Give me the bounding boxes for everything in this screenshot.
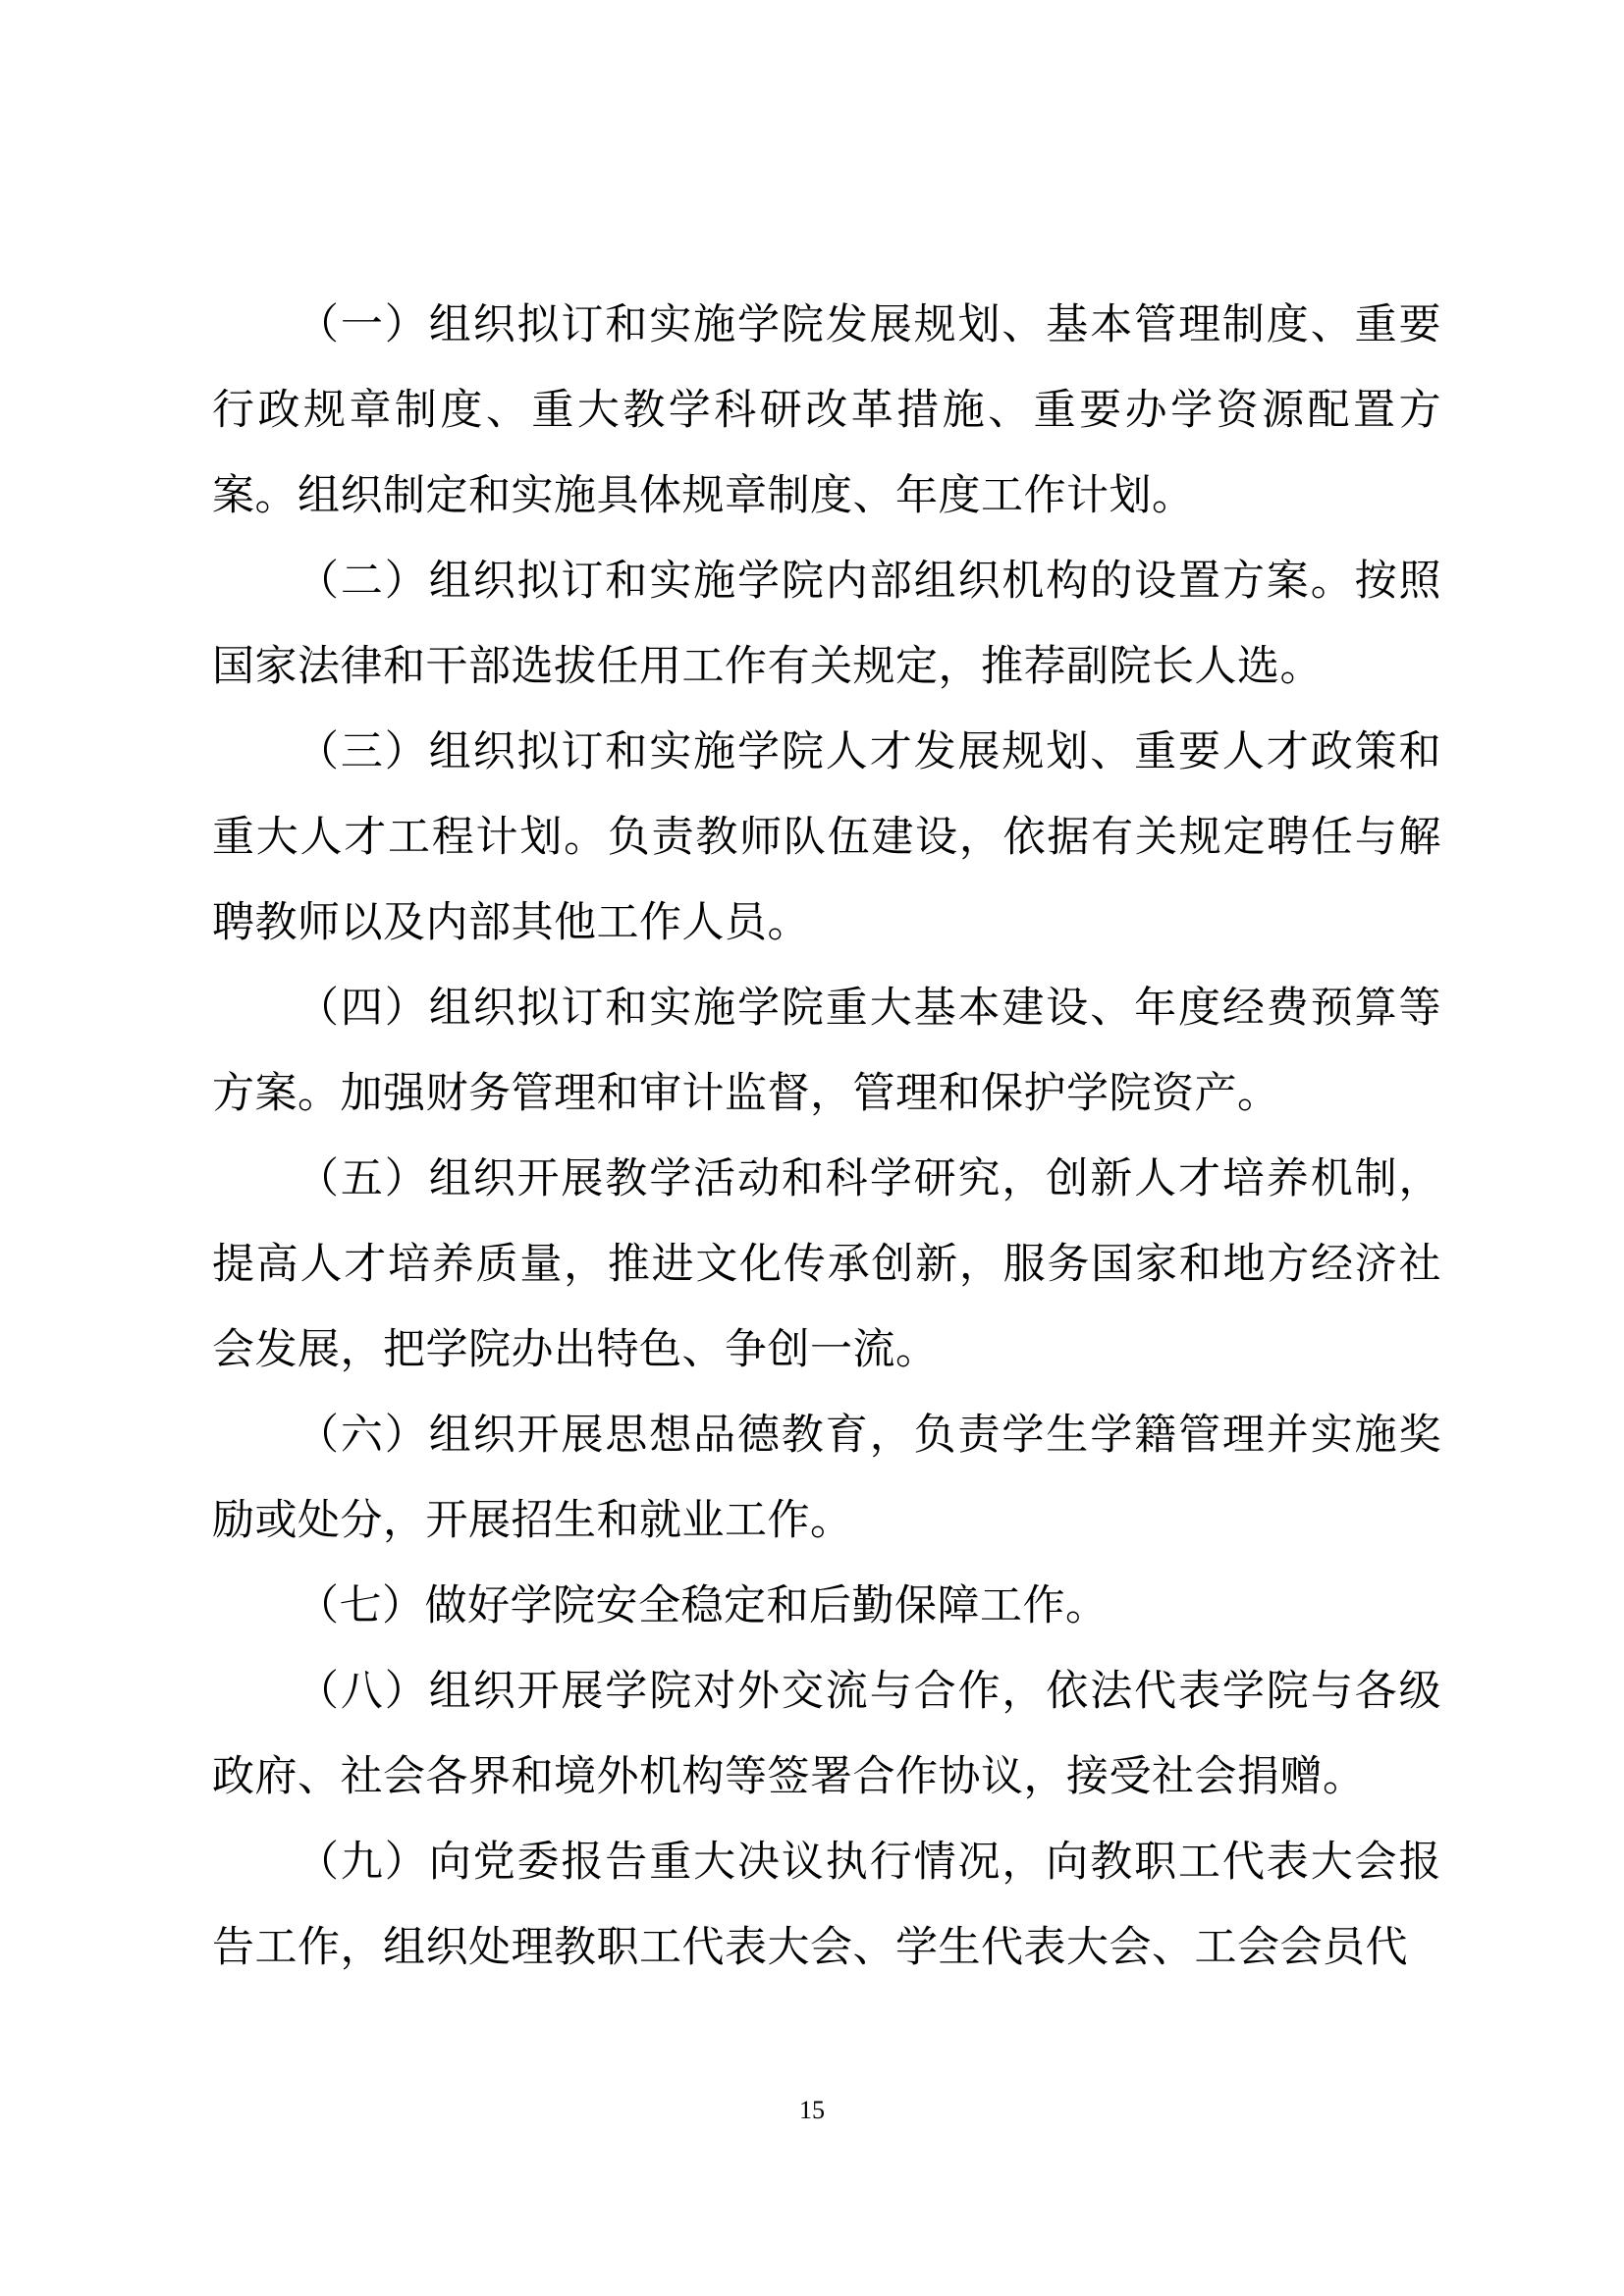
paragraph-6: （六）组织开展思想品德教育，负责学生学籍管理并实施奖励或处分，开展招生和就业工作… [212,1393,1441,1564]
page-number: 15 [799,2096,825,2124]
paragraph-7: （七）做好学院安全稳定和后勤保障工作。 [212,1564,1441,1649]
paragraph-1: （一）组织拟订和实施学院发展规划、基本管理制度、重要行政规章制度、重大教学科研改… [212,283,1441,539]
paragraph-8: （八）组织开展学院对外交流与合作，依法代表学院与各级政府、社会各界和境外机构等签… [212,1649,1441,1820]
document-page: （一）组织拟订和实施学院发展规划、基本管理制度、重要行政规章制度、重大教学科研改… [0,0,1624,2296]
paragraph-5: （五）组织开展教学活动和科学研究，创新人才培养机制，提高人才培养质量，推进文化传… [212,1137,1441,1393]
paragraph-4: （四）组织拟订和实施学院重大基本建设、年度经费预算等方案。加强财务管理和审计监督… [212,966,1441,1137]
paragraph-9: （九）向党委报告重大决议执行情况，向教职工代表大会报告工作，组织处理教职工代表大… [212,1820,1441,1991]
page-footer: 15 [0,2093,1624,2128]
paragraph-3: （三）组织拟订和实施学院人才发展规划、重要人才政策和重大人才工程计划。负责教师队… [212,710,1441,966]
paragraph-2: （二）组织拟订和实施学院内部组织机构的设置方案。按照国家法律和干部选拔任用工作有… [212,539,1441,710]
document-body: （一）组织拟订和实施学院发展规划、基本管理制度、重要行政规章制度、重大教学科研改… [212,283,1441,1991]
